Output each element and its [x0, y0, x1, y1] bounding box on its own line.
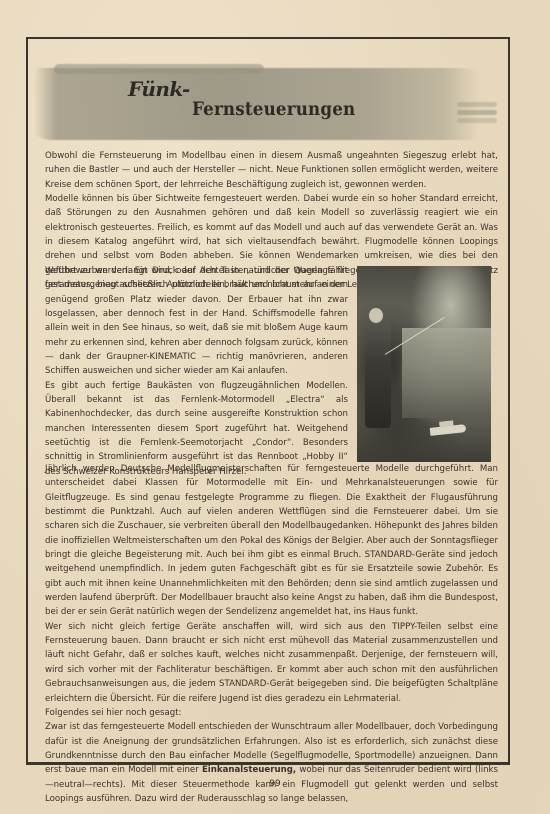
photo-boat-lake	[357, 266, 491, 462]
column-text: geführt zu werden: Ein Druck auf den Tas…	[45, 264, 348, 479]
paragraph: geführt zu werden: Ein Druck auf den Tas…	[45, 264, 348, 379]
paragraph: Folgendes sei hier noch gesagt:	[45, 706, 498, 720]
photo-model-boat	[430, 424, 467, 436]
page-number: 99	[0, 779, 550, 789]
page-title: Fernsteuerungen	[192, 98, 355, 120]
paragraph: Obwohl die Fernsteuerung im Modellbau ei…	[45, 149, 498, 192]
bold-term: Einkanalsteuerung,	[202, 765, 296, 775]
paragraph: Zwar ist das ferngesteuerte Modell entsc…	[45, 720, 498, 806]
photo-person-head	[369, 308, 383, 323]
photo-person	[365, 318, 391, 428]
brand-logo: Fünk-	[128, 77, 190, 101]
photo-water	[402, 328, 491, 418]
body-text: Jährlich werden Deutsche Modellflugmeist…	[45, 462, 498, 806]
paragraph: Jährlich werden Deutsche Modellflugmeist…	[45, 462, 498, 620]
paragraph: Wer sich nicht gleich fertige Geräte ans…	[45, 620, 498, 706]
